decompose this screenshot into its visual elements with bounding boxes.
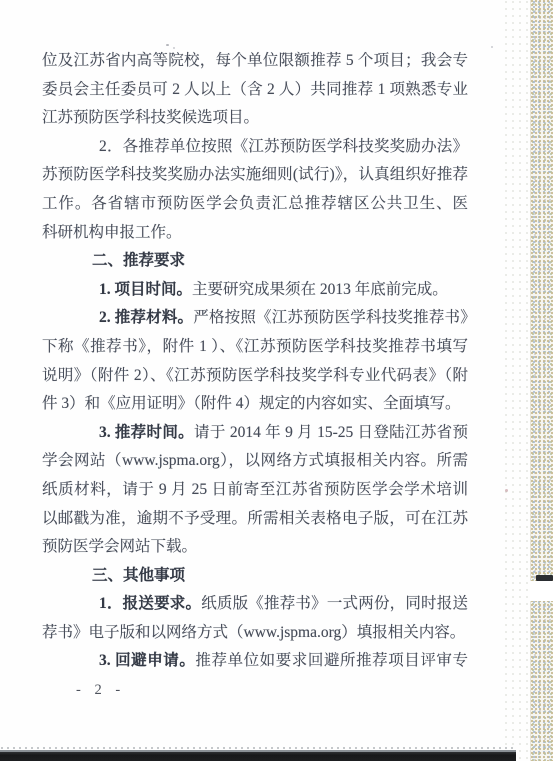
body-text: 以邮戳为准，逾期不予受理。所需相关表格电子版，可在江苏省 (42, 510, 468, 534)
body-text: 预防医学会网站下载。 (42, 538, 197, 555)
body-text: 纸质材料，请于 9 月 25 日前寄至江苏省预防医学会学术培训部， (42, 481, 468, 505)
text-line: 3. 回避申请。推荐单位如要求回避所推荐项目评审专家的， (42, 647, 468, 676)
text-line: 学会网站（www.jspma.org），以网络方式填报相关内容。所需 (42, 447, 468, 476)
document-text: 位及江苏省内高等院校，每个单位限额推荐 5 个项目；我会专业委员会主任委员可 2… (42, 47, 468, 676)
bold-text: 1．报送要求。 (99, 595, 201, 612)
body-text: 荐书》电子版和以网络方式（www.jspma.org）填报相关内容。 (42, 624, 465, 641)
body-text: 工作。各省辖市预防医学会负责汇总推荐辖区公共卫生、医疗、 (42, 195, 468, 219)
scanner-texture-faint (504, 0, 530, 761)
text-line: 纸质材料，请于 9 月 25 日前寄至江苏省预防医学会学术培训部， (42, 476, 468, 505)
scanner-texture-band (530, 0, 553, 761)
scan-speck (173, 47, 175, 49)
text-line: 说明》（附件 2）、《江苏预防医学科技奖学科专业代码表》（附 (42, 362, 468, 391)
body-text: 件 3）和《应用证明》（附件 4）规定的内容如实、全面填写。 (42, 395, 461, 412)
scan-edge-gap (530, 581, 553, 601)
body-text: 学会网站（www.jspma.org），以网络方式填报相关内容。所需 (42, 452, 468, 469)
page-number: - 2 - (76, 682, 125, 699)
text-line: 1．报送要求。纸质版《推荐书》一式两份，同时报送《推 (42, 590, 468, 619)
text-line: 苏预防医学科技奖奖励办法实施细则(试行)》，认真组织好推荐 (42, 161, 468, 190)
body-text: 苏预防医学科技奖奖励办法实施细则(试行)》，认真组织好推荐 (42, 166, 468, 183)
bold-text: 2. 推荐材料。 (99, 309, 193, 326)
text-line: 2. 推荐材料。严格按照《江苏预防医学科技奖推荐书》（以 (42, 304, 468, 333)
bold-text: 3. 推荐时间。 (99, 424, 194, 441)
body-text: 下称《推荐书》，附件 1 ）、《江苏预防医学科技奖推荐书填写 (42, 338, 468, 355)
text-line: 3. 推荐时间。请于 2014 年 9 月 15-25 日登陆江苏省预防医 (42, 419, 468, 448)
text-line: 位及江苏省内高等院校，每个单位限额推荐 5 个项目；我会专业 (42, 47, 468, 76)
body-text: 主要研究成果须在 2013 年底前完成。 (192, 281, 448, 298)
body-text: 委员会主任委员可 2 人以上（含 2 人）共同推荐 1 项熟悉专业的 (42, 81, 468, 105)
bold-text: 1. 项目时间。 (99, 281, 192, 298)
text-line: 委员会主任委员可 2 人以上（含 2 人）共同推荐 1 项熟悉专业的 (42, 76, 468, 105)
body-text: 位及江苏省内高等院校，每个单位限额推荐 5 个项目；我会专业 (42, 52, 468, 76)
text-line: 下称《推荐书》，附件 1 ）、《江苏预防医学科技奖推荐书填写 (42, 333, 468, 362)
body-text: 2．各推荐单位按照《江苏预防医学科技奖奖励办法》和《江 (99, 138, 468, 162)
text-line: 三、其他事项 (42, 562, 468, 591)
body-text: 科研机构申报工作。 (42, 224, 182, 241)
scan-page: 位及江苏省内高等院校，每个单位限额推荐 5 个项目；我会专业委员会主任委员可 2… (0, 0, 553, 761)
text-line: 工作。各省辖市预防医学会负责汇总推荐辖区公共卫生、医疗、 (42, 190, 468, 219)
text-line: 2．各推荐单位按照《江苏预防医学科技奖奖励办法》和《江 (42, 133, 468, 162)
bold-text: 二、推荐要求 (92, 252, 185, 269)
scan-artifact-mark (536, 575, 553, 581)
text-line: 二、推荐要求 (42, 247, 468, 276)
body-text: 江苏预防医学科技奖候选项目。 (42, 109, 259, 126)
text-line: 件 3）和《应用证明》（附件 4）规定的内容如实、全面填写。 (42, 390, 468, 419)
scan-speck (166, 44, 169, 46)
body-text: 说明》（附件 2）、《江苏预防医学科技奖学科专业代码表》（附 (42, 367, 468, 384)
scan-speck (491, 46, 493, 48)
bold-text: 3. 回避申请。 (99, 652, 195, 669)
text-line: 江苏预防医学科技奖候选项目。 (42, 104, 468, 133)
bold-text: 三、其他事项 (92, 567, 185, 584)
text-line: 以邮戳为准，逾期不予受理。所需相关表格电子版，可在江苏省 (42, 505, 468, 534)
bottom-scan-bar (0, 752, 516, 761)
text-line: 科研机构申报工作。 (42, 219, 468, 248)
text-line: 1. 项目时间。主要研究成果须在 2013 年底前完成。 (42, 276, 468, 305)
text-line: 荐书》电子版和以网络方式（www.jspma.org）填报相关内容。 (42, 619, 468, 648)
text-line: 预防医学会网站下载。 (42, 533, 468, 562)
